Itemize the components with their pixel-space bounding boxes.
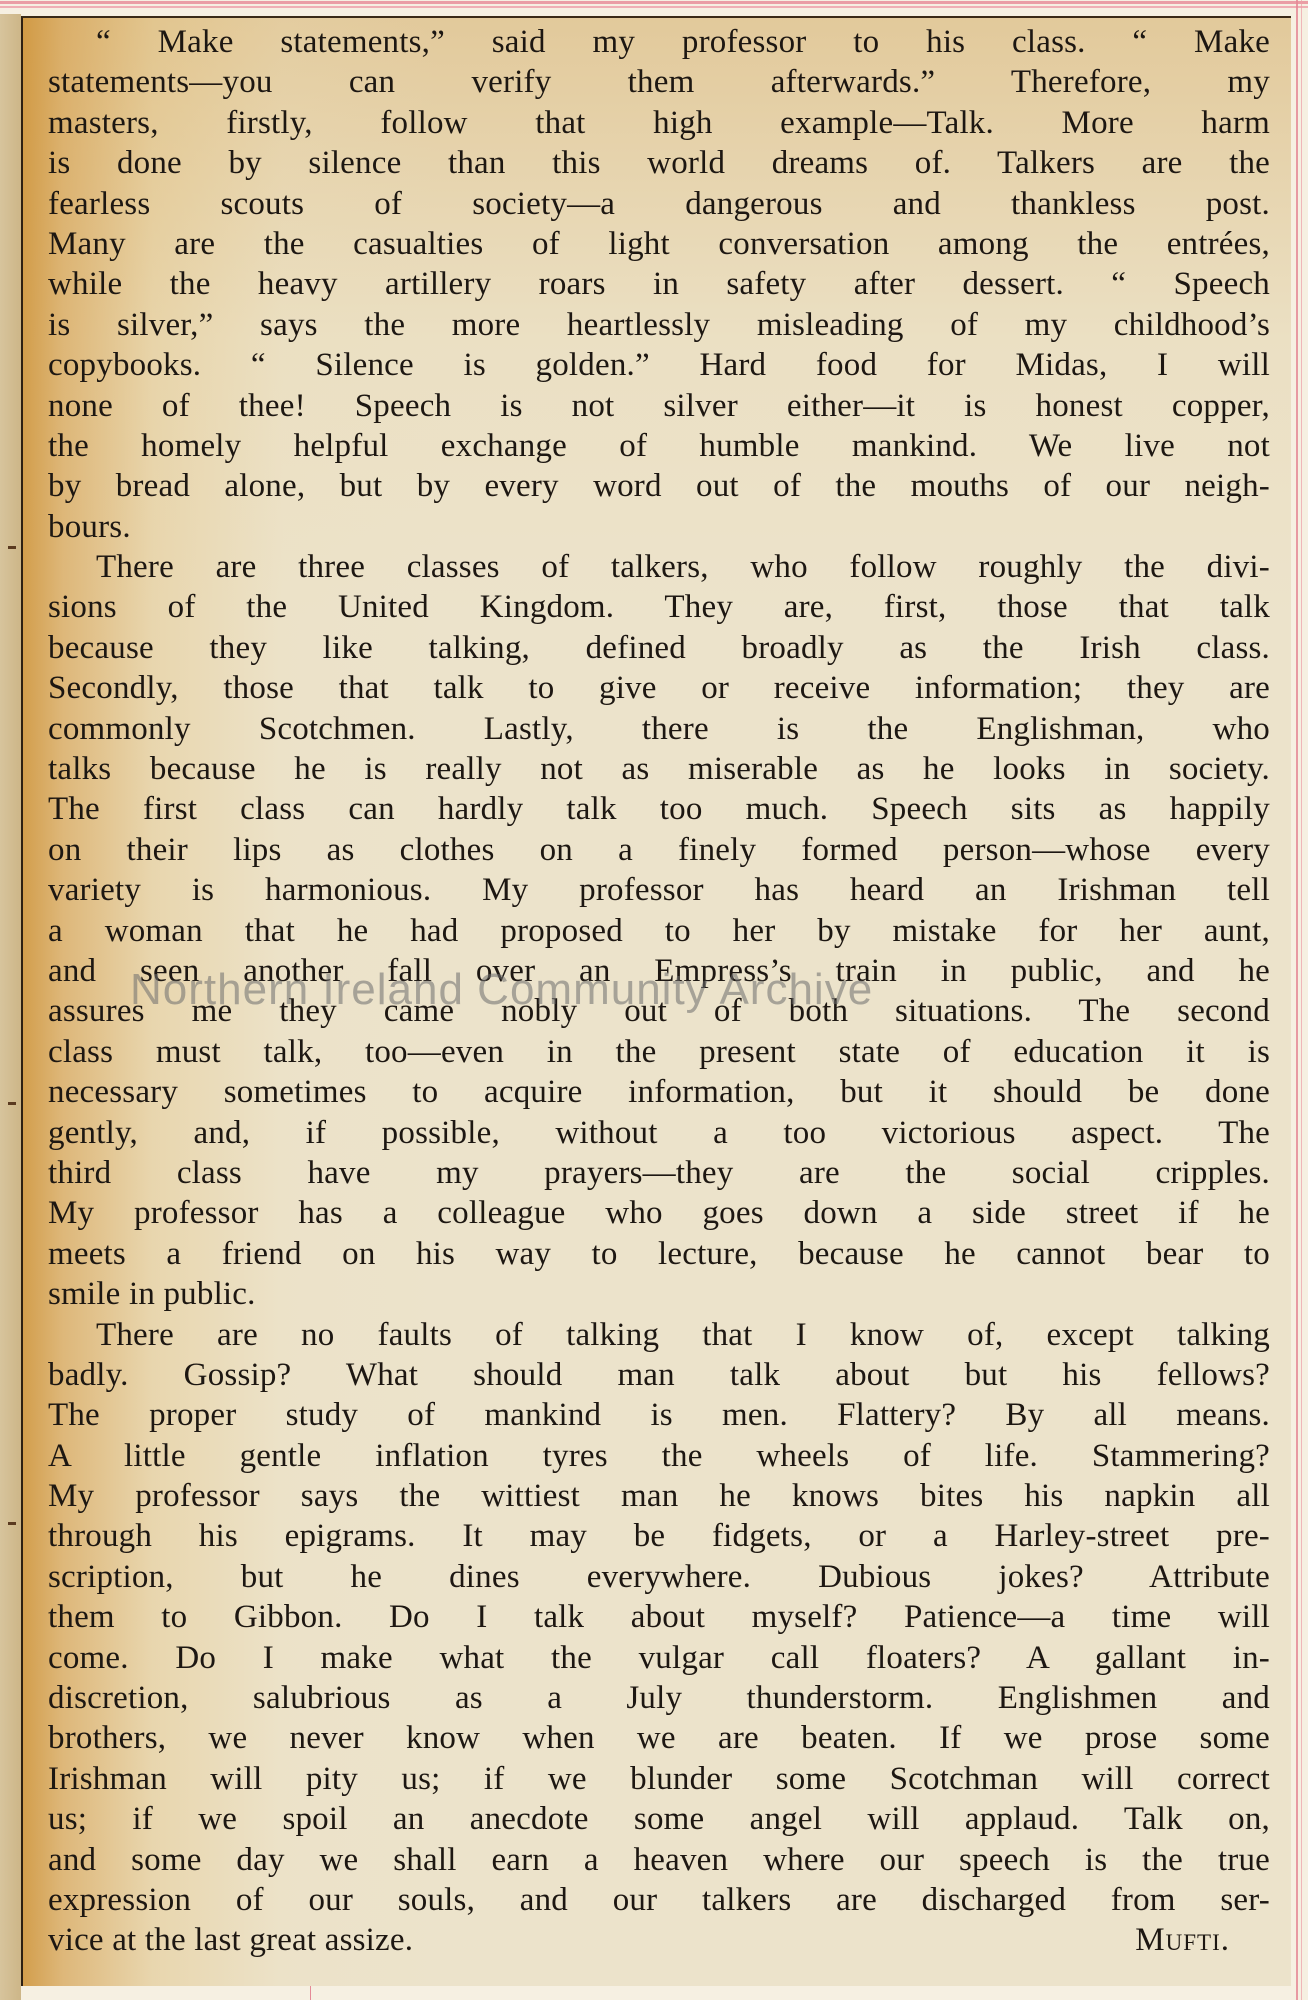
text-line: the homely helpful exchange of humble ma…: [48, 426, 1270, 466]
text-line: The first class can hardly talk too much…: [48, 789, 1270, 829]
text-line: badly. Gossip? What should man talk abou…: [48, 1355, 1270, 1395]
text-line: and some day we shall earn a heaven wher…: [48, 1840, 1270, 1880]
text-line: Irishman will pity us; if we blunder som…: [48, 1759, 1270, 1799]
text-line: sions of the United Kingdom. They are, f…: [48, 587, 1270, 627]
text-line: talks because he is really not as misera…: [48, 749, 1270, 789]
text-line: while the heavy artillery roars in safet…: [48, 264, 1270, 304]
text-line: them to Gibbon. Do I talk about myself? …: [48, 1597, 1270, 1637]
text-line: third class have my prayers—they are the…: [48, 1153, 1270, 1193]
text-line: The proper study of mankind is men. Flat…: [48, 1395, 1270, 1435]
page-margin-rule-top-secondary: [0, 6, 1308, 8]
text-line: A little gentle inflation tyres the whee…: [48, 1436, 1270, 1476]
signoff-line: vice at the last great assize. Mufti.: [48, 1920, 1270, 1960]
edge-mark: [8, 1102, 16, 1105]
text-line: come. Do I make what the vulgar call flo…: [48, 1638, 1270, 1678]
page-margin-rule-bottom: [310, 1986, 311, 2000]
text-line: discretion, salubrious as a July thunder…: [48, 1678, 1270, 1718]
text-line: Secondly, those that talk to give or rec…: [48, 668, 1270, 708]
text-line: expression of our souls, and our talkers…: [48, 1880, 1270, 1920]
text-line: variety is harmonious. My professor has …: [48, 870, 1270, 910]
text-line: because they like talking, defined broad…: [48, 628, 1270, 668]
author-signature: Mufti.: [1135, 1920, 1230, 1960]
text-line: is done by silence than this world dream…: [48, 143, 1270, 183]
adjacent-clipping-edge: [0, 14, 21, 2000]
paragraph-1: “ Make statements,” said my professor to…: [48, 22, 1270, 547]
edge-mark: [8, 546, 16, 549]
text-line: My professor says the wittiest man he kn…: [48, 1476, 1270, 1516]
text-line: bours.: [48, 507, 1270, 547]
text-line: My professor has a colleague who goes do…: [48, 1193, 1270, 1233]
text-line: Many are the casualties of light convers…: [48, 224, 1270, 264]
text-line: fearless scouts of society—a dangerous a…: [48, 184, 1270, 224]
text-line: on their lips as clothes on a finely for…: [48, 830, 1270, 870]
text-line: meets a friend on his way to lecture, be…: [48, 1234, 1270, 1274]
page-margin-rule-right: [1296, 0, 1298, 2000]
text-line: “ Make statements,” said my professor to…: [48, 22, 1270, 62]
text-line: brothers, we never know when we are beat…: [48, 1718, 1270, 1758]
text-line: us; if we spoil an anecdote some angel w…: [48, 1799, 1270, 1839]
text-line: There are no faults of talking that I kn…: [48, 1315, 1270, 1355]
text-line: gently, and, if possible, without a too …: [48, 1113, 1270, 1153]
page-margin-rule-right-secondary: [1301, 0, 1302, 2000]
text-line: a woman that he had proposed to her by m…: [48, 911, 1270, 951]
page-margin-rule-top: [0, 1, 1308, 4]
text-line: class must talk, too—even in the present…: [48, 1032, 1270, 1072]
text-line: commonly Scotchmen. Lastly, there is the…: [48, 709, 1270, 749]
text-line: statements—you can verify them afterward…: [48, 62, 1270, 102]
text-line: by bread alone, but by every word out of…: [48, 466, 1270, 506]
text-line: none of thee! Speech is not silver eithe…: [48, 386, 1270, 426]
text-line: copybooks. “ Silence is golden.” Hard fo…: [48, 345, 1270, 385]
text-line: through his epigrams. It may be fidgets,…: [48, 1516, 1270, 1556]
text-line: There are three classes of talkers, who …: [48, 547, 1270, 587]
article-body: “ Make statements,” said my professor to…: [48, 22, 1270, 1961]
text-line: is silver,” says the more heartlessly mi…: [48, 305, 1270, 345]
paragraph-3: There are no faults of talking that I kn…: [48, 1315, 1270, 1961]
text-line: smile in public.: [48, 1274, 1270, 1314]
edge-mark: [8, 1522, 16, 1525]
paragraph-2: There are three classes of talkers, who …: [48, 547, 1270, 1314]
text-line: scription, but he dines everywhere. Dubi…: [48, 1557, 1270, 1597]
text-line: assures me they came nobly out of both s…: [48, 991, 1270, 1031]
text-line: necessary sometimes to acquire informati…: [48, 1072, 1270, 1112]
text-line: and seen another fall over an Empress’s …: [48, 951, 1270, 991]
text-line: masters, firstly, follow that high examp…: [48, 103, 1270, 143]
text-line: vice at the last great assize.: [48, 1922, 413, 1958]
